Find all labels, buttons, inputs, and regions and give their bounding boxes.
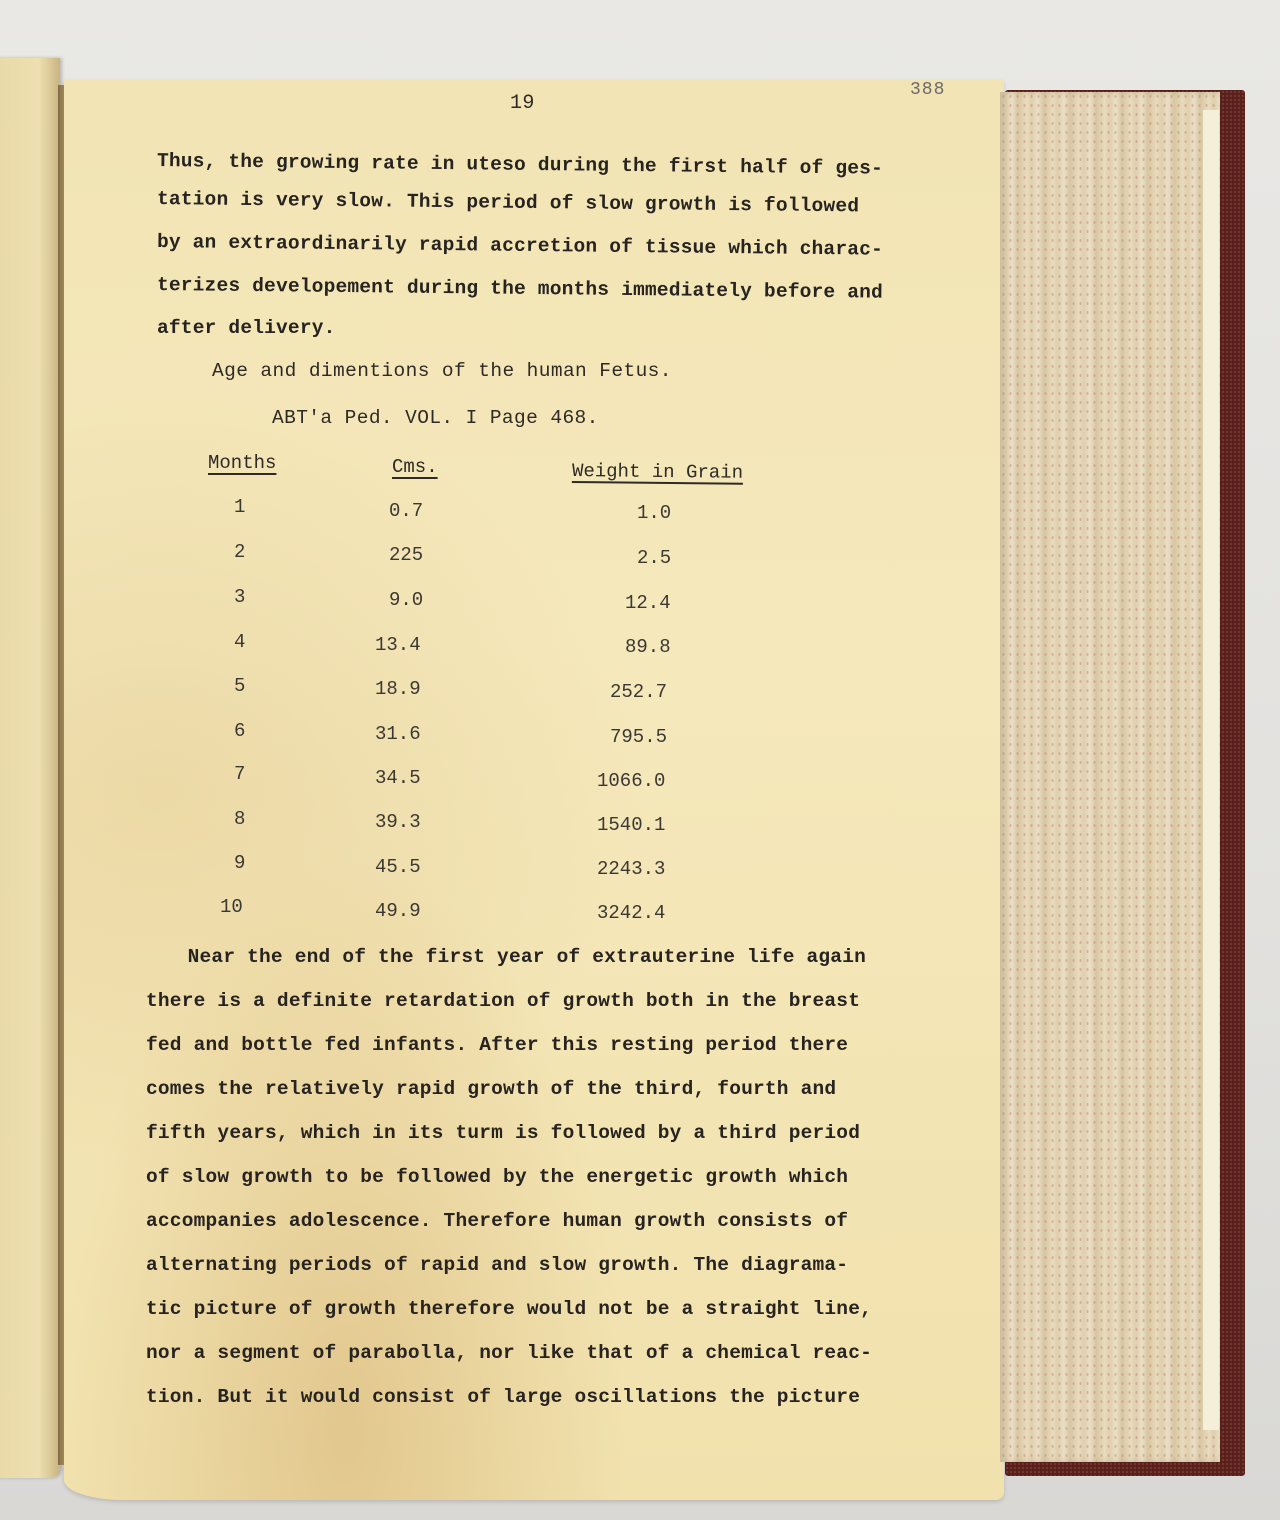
cell-month: 5 bbox=[234, 675, 245, 697]
table-header-weight: Weight in Grain bbox=[572, 460, 743, 484]
paragraph-2-line: tic picture of growth therefore would no… bbox=[146, 1298, 872, 1320]
cell-weight: 1.0 bbox=[637, 502, 671, 524]
cell-cms: 39.3 bbox=[375, 811, 421, 833]
table-title: Age and dimentions of the human Fetus. bbox=[212, 360, 672, 382]
cell-month: 4 bbox=[234, 631, 245, 653]
cell-cms: 18.9 bbox=[375, 678, 421, 700]
cell-cms: 0.7 bbox=[389, 500, 423, 522]
cell-cms: 45.5 bbox=[375, 856, 421, 878]
cell-month: 9 bbox=[234, 852, 245, 874]
cell-month: 2 bbox=[234, 541, 245, 563]
cell-month: 8 bbox=[234, 808, 245, 830]
cell-month: 1 bbox=[234, 496, 245, 518]
cell-cms: 225 bbox=[389, 544, 423, 566]
table-header-months: Months bbox=[208, 452, 276, 474]
cell-weight: 12.4 bbox=[625, 592, 671, 614]
paragraph-2-line: nor a segment of parabolla, nor like tha… bbox=[146, 1342, 872, 1364]
page-block-edges bbox=[1000, 92, 1220, 1462]
cell-weight: 252.7 bbox=[610, 681, 667, 703]
endpaper bbox=[1203, 110, 1219, 1430]
cell-weight: 2.5 bbox=[637, 547, 671, 569]
cell-month: 3 bbox=[234, 586, 245, 608]
cell-weight: 1066.0 bbox=[597, 770, 665, 792]
paragraph-1-line: after delivery. bbox=[157, 317, 336, 339]
page-number: 19 bbox=[510, 92, 535, 115]
cell-weight: 2243.3 bbox=[597, 858, 665, 880]
paragraph-2-line: fed and bottle fed infants. After this r… bbox=[146, 1034, 848, 1056]
paragraph-2-line: accompanies adolescence. Therefore human… bbox=[146, 1210, 848, 1232]
cell-month: 6 bbox=[234, 720, 245, 742]
cell-cms: 31.6 bbox=[375, 723, 421, 745]
cell-cms: 49.9 bbox=[375, 900, 421, 922]
cell-weight: 89.8 bbox=[625, 636, 671, 658]
cell-weight: 1540.1 bbox=[597, 814, 665, 836]
cell-cms: 34.5 bbox=[375, 767, 421, 789]
paragraph-2-line: there is a definite retardation of growt… bbox=[146, 990, 860, 1012]
cell-weight: 3242.4 bbox=[597, 902, 665, 924]
paragraph-2-line: Near the end of the first year of extrau… bbox=[140, 946, 866, 968]
left-page bbox=[0, 58, 60, 1478]
table-citation: ABT'a Ped. VOL. I Page 468. bbox=[272, 407, 599, 429]
cell-month: 10 bbox=[220, 896, 243, 918]
paragraph-2-line: of slow growth to be followed by the ene… bbox=[146, 1166, 848, 1188]
paragraph-2-line: tion. But it would consist of large osci… bbox=[146, 1386, 860, 1408]
paragraph-2-line: comes the relatively rapid growth of the… bbox=[146, 1078, 836, 1100]
cell-cms: 13.4 bbox=[375, 634, 421, 656]
table-header-cms: Cms. bbox=[392, 456, 438, 478]
paragraph-2-line: fifth years, which in its turm is follow… bbox=[146, 1122, 860, 1144]
cell-cms: 9.0 bbox=[389, 589, 423, 611]
corner-mark: 388 bbox=[910, 80, 945, 100]
cell-month: 7 bbox=[234, 763, 245, 785]
cell-weight: 795.5 bbox=[610, 726, 667, 748]
paragraph-2-line: alternating periods of rapid and slow gr… bbox=[146, 1254, 848, 1276]
